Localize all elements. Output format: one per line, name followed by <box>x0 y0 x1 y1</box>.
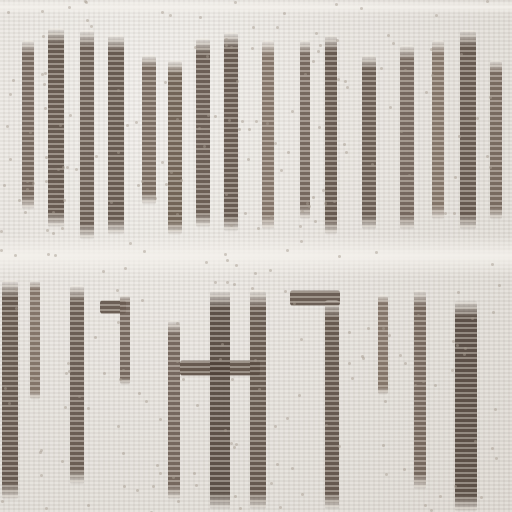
rug-fiber-speck <box>117 425 120 428</box>
rug-streak <box>210 290 230 510</box>
rug-fiber-speck <box>338 255 341 258</box>
rug-fiber-speck <box>239 507 242 510</box>
rug-fiber-speck <box>68 6 71 9</box>
rug-fiber-speck <box>47 253 50 256</box>
rug-fiber-speck <box>39 451 42 454</box>
rug-streak <box>48 28 64 228</box>
rug-fiber-speck <box>207 114 210 117</box>
rug-fiber-speck <box>498 284 501 287</box>
rug-fiber-speck <box>464 347 467 350</box>
rug-fiber-speck <box>26 180 29 183</box>
rug-fiber-speck <box>90 25 93 28</box>
rug-fiber-speck <box>337 78 340 81</box>
rug-fiber-speck <box>228 119 231 122</box>
rug-fiber-speck <box>15 288 18 291</box>
rug-fiber-speck <box>43 83 46 86</box>
rug-fiber-speck <box>42 35 45 38</box>
rug-fiber-speck <box>346 86 349 89</box>
rug-fiber-speck <box>460 53 463 56</box>
rug-fiber-speck <box>308 205 311 208</box>
rug-fiber-speck <box>444 212 447 215</box>
rug-fiber-speck <box>344 80 347 83</box>
rug-fiber-speck <box>280 169 283 172</box>
rug-fiber-speck <box>454 176 457 179</box>
rug-fiber-speck <box>12 79 15 82</box>
rug-fiber-speck <box>408 174 411 177</box>
rug-streak <box>108 35 124 235</box>
rug-fiber-speck <box>32 182 35 185</box>
rug-fiber-speck <box>333 200 336 203</box>
rug-fiber-speck <box>351 377 354 380</box>
rug-fiber-speck <box>225 38 228 41</box>
rug-fiber-speck <box>196 404 199 407</box>
rug-fiber-speck <box>454 485 457 488</box>
rug-fiber-speck <box>244 212 247 215</box>
rug-fiber-speck <box>176 322 179 325</box>
rug-fiber-speck <box>300 240 303 243</box>
rug-fiber-speck <box>135 121 138 124</box>
rug-fiber-speck <box>1 500 4 503</box>
rug-fiber-speck <box>0 249 3 252</box>
rug-fiber-speck <box>491 447 494 450</box>
rug-fiber-speck <box>304 73 307 76</box>
rug-fiber-speck <box>110 201 113 204</box>
rug-fiber-speck <box>451 369 454 372</box>
rug-fiber-speck <box>117 321 120 324</box>
rug-streak <box>196 38 210 228</box>
rug-fiber-speck <box>404 362 407 365</box>
rug-fiber-speck <box>457 291 460 294</box>
rug-streak <box>362 55 376 230</box>
rug-fiber-speck <box>319 44 322 47</box>
rug-fiber-speck <box>137 184 140 187</box>
rug-fiber-speck <box>230 442 233 445</box>
rug-fiber-speck <box>219 358 222 361</box>
rug-fiber-speck <box>102 270 105 273</box>
rug-fiber-speck <box>7 11 10 14</box>
rug-fiber-speck <box>87 407 90 410</box>
rug-fiber-speck <box>136 489 139 492</box>
rug-fiber-speck <box>195 484 198 487</box>
rug-fiber-speck <box>143 250 146 253</box>
rug-fiber-speck <box>422 380 425 383</box>
rug-fiber-speck <box>165 183 168 186</box>
rug-fiber-speck <box>458 135 461 138</box>
rug-fiber-speck <box>336 39 339 42</box>
rug-fiber-speck <box>430 48 433 51</box>
rug-fiber-speck <box>66 166 69 169</box>
rug-fiber-speck <box>226 281 229 284</box>
rug-fiber-speck <box>57 168 60 171</box>
rug-fiber-speck <box>399 354 402 357</box>
rug-fiber-speck <box>95 155 98 158</box>
rug-fiber-speck <box>87 504 90 507</box>
rug-fiber-speck <box>156 464 159 467</box>
rug-fiber-speck <box>269 269 272 272</box>
rug-fiber-speck <box>236 80 239 83</box>
rug-streak <box>325 300 339 510</box>
rug-fiber-speck <box>67 362 70 365</box>
rug-fiber-speck <box>410 210 413 213</box>
rug-fiber-speck <box>224 253 227 256</box>
rug-fiber-speck <box>306 202 309 205</box>
rug-fiber-speck <box>235 264 238 267</box>
rug-fiber-speck <box>348 331 351 334</box>
rug-fiber-speck <box>489 166 492 169</box>
rug-fiber-speck <box>45 156 48 159</box>
rug-fiber-speck <box>385 473 388 476</box>
rug-fiber-speck <box>230 224 233 227</box>
rug-fiber-speck <box>124 267 127 270</box>
rug-fiber-speck <box>274 142 277 145</box>
rug-fiber-speck <box>301 210 304 213</box>
rug-fiber-speck <box>161 11 164 14</box>
rug-fiber-speck <box>63 199 66 202</box>
rug-fiber-speck <box>176 118 179 121</box>
rug-fiber-speck <box>384 400 387 403</box>
rug-fiber-speck <box>159 418 162 421</box>
rug-fiber-speck <box>233 446 236 449</box>
rug-fiber-speck <box>248 128 251 131</box>
rug-fiber-speck <box>495 457 498 460</box>
rug-fiber-speck <box>252 26 255 29</box>
rug-fiber-speck <box>387 34 390 37</box>
rug-streak <box>414 290 426 490</box>
rug-fiber-speck <box>164 81 167 84</box>
rug-fiber-speck <box>360 7 363 10</box>
rug-streak <box>80 30 94 240</box>
rug-fiber-speck <box>45 507 48 510</box>
rug-fiber-speck <box>3 184 6 187</box>
rug-fiber-speck <box>6 125 9 128</box>
rug-fiber-speck <box>145 400 148 403</box>
rug-fiber-speck <box>221 343 224 346</box>
rug-fiber-speck <box>193 472 196 475</box>
rug-fiber-speck <box>404 69 407 72</box>
rug-fiber-speck <box>315 32 318 35</box>
rug-fiber-speck <box>8 402 11 405</box>
rug-fiber-speck <box>301 493 304 496</box>
rug-fiber-speck <box>276 26 279 29</box>
rug-fiber-speck <box>61 227 64 230</box>
rug-streak <box>2 280 18 500</box>
rug-fiber-speck <box>54 254 57 257</box>
rug-fiber-speck <box>314 220 317 223</box>
rug-fiber-speck <box>486 0 489 3</box>
rug-fiber-speck <box>169 14 172 17</box>
rug-fiber-speck <box>456 344 459 347</box>
rug-fiber-speck <box>425 91 428 94</box>
rug-fiber-speck <box>52 232 55 235</box>
rug-fiber-speck <box>389 106 392 109</box>
light-band-middle <box>0 236 512 276</box>
rug-fiber-speck <box>75 168 78 171</box>
rug-fiber-speck <box>247 158 250 161</box>
rug-fiber-speck <box>480 496 483 499</box>
rug-fiber-speck <box>293 302 296 305</box>
rug-fiber-speck <box>367 327 370 330</box>
rug-fiber-speck <box>117 89 120 92</box>
rug-fiber-speck <box>266 122 269 125</box>
rug-streak <box>70 285 84 485</box>
rug-fiber-speck <box>375 251 378 254</box>
rug-fiber-speck <box>161 161 164 164</box>
rug-fiber-speck <box>177 500 180 503</box>
rug-fiber-speck <box>41 10 44 13</box>
rug-fiber-speck <box>123 485 126 488</box>
rug-fiber-speck <box>491 263 494 266</box>
rug-streak <box>400 45 414 230</box>
rug-fiber-speck <box>322 189 325 192</box>
rug-fiber-speck <box>9 158 12 161</box>
rug-streak <box>142 55 156 205</box>
rug-fiber-speck <box>276 463 279 466</box>
rug-fiber-speck <box>476 117 479 120</box>
rug-fiber-speck <box>453 212 456 215</box>
rug-fiber-speck <box>287 151 290 154</box>
rug-fiber-speck <box>117 151 120 154</box>
rug-fiber-speck <box>0 230 3 233</box>
rug-fiber-speck <box>64 406 67 409</box>
rug-fiber-speck <box>225 44 228 47</box>
rug-fiber-speck <box>122 452 125 455</box>
rug-fiber-speck <box>424 504 427 507</box>
rug-streak <box>378 295 388 395</box>
rug-fiber-speck <box>251 287 254 290</box>
rug-fiber-speck <box>258 388 261 391</box>
rug-fiber-speck <box>392 42 395 45</box>
rug-fiber-speck <box>312 196 315 199</box>
rug-fiber-speck <box>194 46 197 49</box>
rug-fiber-speck <box>226 259 229 262</box>
rug-fiber-speck <box>116 289 119 292</box>
rug-fiber-speck <box>254 272 257 275</box>
rug-fiber-speck <box>257 227 260 230</box>
rug-fiber-speck <box>492 311 495 314</box>
rug-fiber-speck <box>78 395 81 398</box>
rug-fiber-speck <box>234 495 237 498</box>
rug-fiber-speck <box>270 482 273 485</box>
rug-fiber-speck <box>286 249 289 252</box>
rug-fiber-speck <box>15 307 18 310</box>
rug-fiber-speck <box>238 128 241 131</box>
rug-fiber-speck <box>417 314 420 317</box>
rug-fiber-speck <box>46 229 49 232</box>
rug-fiber-speck <box>59 124 62 127</box>
rug-fiber-speck <box>361 355 364 358</box>
rug-fiber-speck <box>231 378 234 381</box>
rug-fiber-speck <box>129 242 132 245</box>
rug-fiber-speck <box>225 193 228 196</box>
rug-fiber-speck <box>170 171 173 174</box>
rug-fiber-speck <box>434 384 437 387</box>
rug-fiber-speck <box>371 163 374 166</box>
rug-fiber-speck <box>486 155 489 158</box>
rug-fiber-speck <box>141 299 144 302</box>
rug-fiber-speck <box>494 408 497 411</box>
rug-fiber-speck <box>24 211 27 214</box>
rug-streak <box>300 40 310 220</box>
rug-fiber-speck <box>235 443 238 446</box>
rug-fiber-speck <box>69 114 72 117</box>
rug-fiber-speck <box>234 1 237 4</box>
rug-fiber-speck <box>388 334 391 337</box>
rug-fiber-speck <box>284 290 287 293</box>
rug-fiber-speck <box>199 16 202 19</box>
rug-fiber-speck <box>380 67 383 70</box>
rug-fiber-speck <box>241 120 244 123</box>
rug-fiber-speck <box>439 495 442 498</box>
light-band-top <box>0 0 512 14</box>
rug-fiber-speck <box>324 202 327 205</box>
rug-fiber-speck <box>474 440 477 443</box>
rug-streak <box>262 40 274 230</box>
rug-fiber-speck <box>274 425 277 428</box>
rug-fiber-speck <box>45 180 48 183</box>
rug-fiber-speck <box>4 387 7 390</box>
rug-streak <box>490 60 502 220</box>
rug-fiber-speck <box>338 445 341 448</box>
rug-fiber-speck <box>31 379 34 382</box>
rug-fiber-speck <box>291 467 294 470</box>
rug-fiber-speck <box>141 180 144 183</box>
rug-fiber-speck <box>325 424 328 427</box>
rug-fiber-speck <box>254 359 257 362</box>
rug-fiber-speck <box>94 336 97 339</box>
rug-fiber-speck <box>224 429 227 432</box>
rug-fiber-speck <box>299 225 302 228</box>
rug-fiber-speck <box>86 19 89 22</box>
rug-fiber-speck <box>180 179 183 182</box>
rug-streak <box>168 320 180 500</box>
rug-fiber-speck <box>403 468 406 471</box>
rug-fiber-speck <box>291 110 294 113</box>
rug-fiber-speck <box>414 384 417 387</box>
rug-fiber-speck <box>103 372 106 375</box>
rug-fiber-speck <box>214 281 217 284</box>
rug-fiber-speck <box>126 124 129 127</box>
rug-fiber-speck <box>41 73 44 76</box>
rug-fiber-speck <box>214 115 217 118</box>
rug-fiber-speck <box>298 394 301 397</box>
rug-fiber-speck <box>230 46 233 49</box>
rug-fiber-speck <box>400 130 403 133</box>
rug-streak <box>455 300 477 512</box>
rug-fiber-speck <box>172 476 175 479</box>
rug-texture-photo <box>0 0 512 512</box>
rug-fiber-speck <box>159 472 162 475</box>
rug-fiber-speck <box>286 417 289 420</box>
rug-fiber-speck <box>348 362 351 365</box>
rug-streak <box>432 40 444 220</box>
rug-fiber-speck <box>318 126 321 129</box>
rug-fiber-speck <box>382 444 385 447</box>
rug-fiber-speck <box>335 3 338 6</box>
rug-fiber-speck <box>122 369 125 372</box>
rug-fiber-speck <box>463 353 466 356</box>
rug-streak <box>30 280 40 400</box>
rug-fiber-speck <box>270 215 273 218</box>
rug-fiber-speck <box>283 12 286 15</box>
rug-fiber-speck <box>9 93 12 96</box>
rug-streak <box>168 60 182 235</box>
rug-fiber-speck <box>29 131 32 134</box>
rug-streak <box>224 32 238 232</box>
rug-fiber-speck <box>205 261 208 264</box>
rug-fiber-speck <box>279 506 282 509</box>
rug-fiber-speck <box>251 47 254 50</box>
rug-fiber-speck <box>44 72 47 75</box>
rug-fiber-speck <box>182 378 185 381</box>
rug-fiber-speck <box>52 211 55 214</box>
rug-fiber-speck <box>138 392 141 395</box>
rug-fiber-speck <box>62 166 65 169</box>
rug-fiber-speck <box>435 14 438 17</box>
rug-fiber-speck <box>40 474 43 477</box>
rug-fiber-speck <box>343 143 346 146</box>
rug-streak <box>460 30 476 230</box>
rug-streak <box>325 35 337 235</box>
rug-fiber-speck <box>452 340 455 343</box>
rug-fiber-speck <box>85 1 88 4</box>
rug-fiber-speck <box>489 96 492 99</box>
rug-fiber-speck <box>255 120 258 123</box>
rug-fiber-speck <box>431 74 434 77</box>
rug-fiber-speck <box>61 460 64 463</box>
rug-fiber-speck <box>345 151 348 154</box>
rug-fiber-speck <box>44 107 47 110</box>
rug-fiber-speck <box>176 360 179 363</box>
rug-fiber-speck <box>18 199 21 202</box>
rug-fiber-speck <box>154 197 157 200</box>
rug-fiber-speck <box>300 338 303 341</box>
rug-fiber-speck <box>233 283 236 286</box>
rug-fiber-speck <box>68 370 71 373</box>
rug-fiber-speck <box>152 485 155 488</box>
rug-fiber-speck <box>203 145 206 148</box>
rug-fiber-speck <box>198 127 201 130</box>
rug-fiber-speck <box>176 213 179 216</box>
rug-fiber-speck <box>206 55 209 58</box>
rug-fiber-speck <box>14 254 17 257</box>
rug-streak <box>250 290 266 510</box>
rug-fiber-speck <box>26 188 29 191</box>
rug-fiber-speck <box>317 50 320 53</box>
rug-fiber-speck <box>312 60 315 63</box>
rug-fiber-speck <box>382 327 385 330</box>
rug-fiber-speck <box>471 317 474 320</box>
rug-fiber-speck <box>119 378 122 381</box>
